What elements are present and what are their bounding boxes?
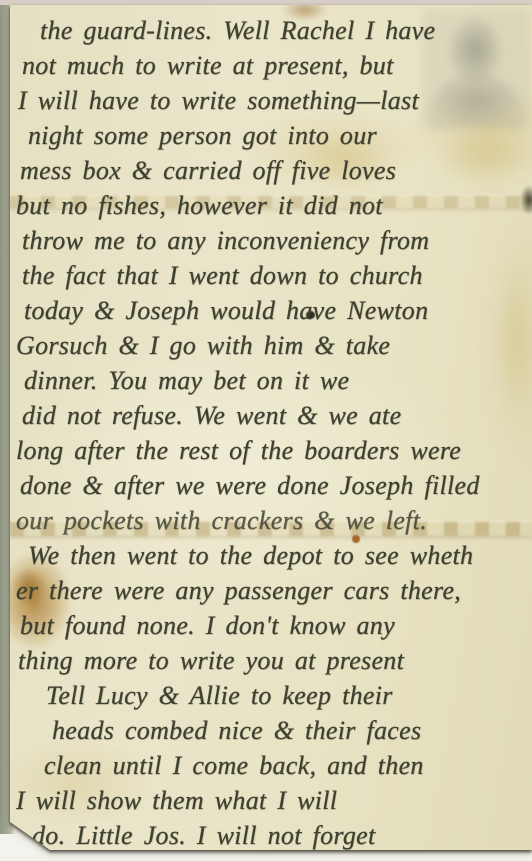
letter-line: thing more to write you at present [18, 643, 532, 678]
letter-line: I will have to write something—last [18, 83, 532, 118]
scanned-letter-page: the guard-lines. Well Rachel I havenot m… [0, 0, 532, 861]
letter-line: our pockets with crackers & we left. [16, 503, 532, 538]
letter-line: did not refuse. We went & we ate [22, 398, 532, 433]
letter-line: clean until I come back, and then [44, 748, 532, 783]
letter-line: I will show them what I will [16, 783, 532, 818]
letter-line: but found none. I don't know any [20, 608, 532, 643]
letter-line: throw me to any inconveniency from [22, 223, 532, 258]
paper-sheet: the guard-lines. Well Rachel I havenot m… [10, 5, 532, 850]
letter-line: mess box & carried off five loves [20, 153, 532, 188]
letter-line: night some person got into our [28, 118, 532, 153]
letter-line: but no fishes, however it did not [16, 188, 532, 223]
letter-line: the fact that I went down to church [22, 258, 532, 293]
letter-line: heads combed nice & their faces [52, 713, 532, 748]
letter-line: long after the rest of the boarders were [16, 433, 532, 468]
letter-line: dinner. You may bet on it we [24, 363, 532, 398]
letter-line: not much to write at present, but [22, 48, 532, 83]
letter-line: do. Little Jos. I will not forget [32, 818, 532, 853]
letter-text: the guard-lines. Well Rachel I havenot m… [10, 13, 532, 850]
paper-sheet-shadow: the guard-lines. Well Rachel I havenot m… [10, 5, 532, 850]
letter-line: er there were any passenger cars there, [16, 573, 532, 608]
letter-line: Gorsuch & I go with him & take [16, 328, 532, 363]
letter-line: We then went to the depot to see wheth [28, 538, 532, 573]
letter-line: the guard-lines. Well Rachel I have [40, 13, 532, 48]
letter-line: done & after we were done Joseph filled [20, 468, 532, 503]
letter-line: today & Joseph would have Newton [24, 293, 532, 328]
letter-line: Tell Lucy & Allie to keep their [46, 678, 532, 713]
